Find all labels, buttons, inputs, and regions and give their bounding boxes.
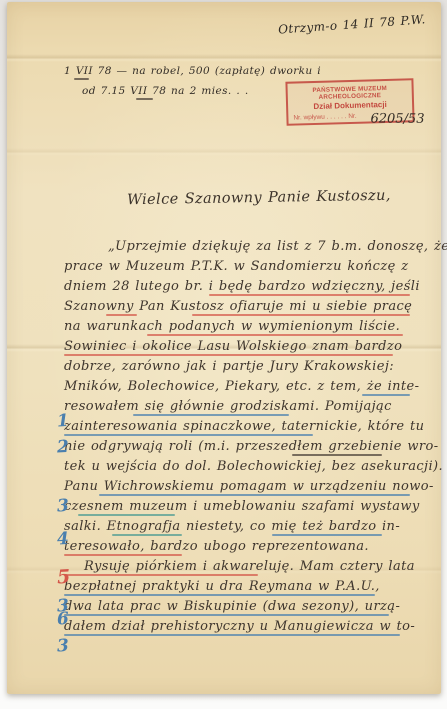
letter-line: Panu Wichrowskiemu pomagam w urządzeniu … <box>64 477 410 497</box>
letter-line: bezpłatnej praktyki u dra Reymana w P.A.… <box>64 577 410 597</box>
margin-number: 5 <box>56 565 77 588</box>
letter-line: 1 VII 78 — na robel, 500 (zapłatę) dwork… <box>64 61 254 81</box>
blue-underline-mark <box>64 614 389 616</box>
letter-line: czesnem muzeum i umeblowaniu szafami wys… <box>64 497 410 517</box>
blue-underline-mark <box>362 394 410 396</box>
red-underline-mark <box>106 314 137 317</box>
ink-underline-mark <box>74 78 89 80</box>
letter-line: Szanowny Pan Kustosz ofiaruje mi u siebi… <box>64 297 410 317</box>
letter-line: tek u wejścia do dol. Bolechowickiej, be… <box>64 457 410 477</box>
margin-number: 2 <box>56 436 77 457</box>
letter-line: dałem dział prehistoryczny u Manugiewicz… <box>64 617 410 637</box>
letter-line-text: tek u wejścia do dol. Bolechowickiej, be… <box>64 457 443 477</box>
letter-line: zainteresowania spinaczkowe, taternickie… <box>64 417 410 437</box>
letter-line: teresowało, bardzo ubogo reprezentowana. <box>64 537 410 557</box>
letter-line: Rysuję piórkiem i akwareluję. Mam cztery… <box>64 557 410 577</box>
blue-underline-mark <box>64 434 313 436</box>
letter-line: prace w Muzeum P.T.K. w Sandomierzu końc… <box>64 257 410 277</box>
blue-underline-mark <box>64 594 375 596</box>
letter-line: Mników, Bolechowice, Piekary, etc. z tem… <box>64 377 410 397</box>
red-underline-mark <box>64 554 182 557</box>
red-underline-mark <box>147 334 403 337</box>
margin-number: 4 <box>56 528 77 549</box>
red-underline-mark <box>209 294 410 297</box>
letter-line: dobrze, zarówno jak i partje Jury Krakow… <box>64 357 410 377</box>
stamp-inventory-number: 6205/53 <box>370 111 424 126</box>
ink-underline-mark <box>136 98 153 100</box>
letter-line: dniem 28 lutego br. i będę bardzo wdzięc… <box>64 277 410 297</box>
teal-underline-mark <box>112 534 181 536</box>
letter-line: dwa lata prac w Biskupinie (dwa sezony),… <box>64 597 410 617</box>
letter-line: „Uprzejmie dziękuję za list z 7 b.m. don… <box>64 237 410 257</box>
letter-line-text: dobrze, zarówno jak i partje Jury Krakow… <box>64 357 394 377</box>
letter-body: „Uprzejmie dziękuję za list z 7 b.m. don… <box>64 237 410 637</box>
blue-underline-mark <box>133 414 289 416</box>
red-underline-mark <box>192 314 410 317</box>
scan-background: Otrzym-o 14 II 78 P.W. 1 VII 78 — na rob… <box>0 0 447 709</box>
letter-line: resowałem się głównie grodziskami. Pomij… <box>64 397 410 417</box>
blue-underline-mark <box>272 534 383 536</box>
letter-line: na warunkach podanych w wymienionym liśc… <box>64 317 410 337</box>
letter-line-text: prace w Muzeum P.T.K. w Sandomierzu końc… <box>64 257 409 277</box>
teal-underline-mark <box>78 514 175 516</box>
letter-line: Sowiniec i okolice Lasu Wolskiego znam b… <box>64 337 410 357</box>
blue-underline-mark <box>99 494 410 496</box>
paper-crease <box>7 148 441 156</box>
letter-line-text: nie odgrywają roli (m.i. przeszedłem grz… <box>64 437 439 457</box>
margin-number: 6 <box>56 608 77 629</box>
blue-underline-mark <box>64 634 400 636</box>
museum-stamp: PAŃSTWOWE MUZEUM ARCHEOLOGICZNE Dział Do… <box>285 78 414 126</box>
margin-number: 3 <box>56 495 77 516</box>
margin-annotation: 1 VII 78 — na robel, 500 (zapłatę) dwork… <box>64 61 254 101</box>
letter-line: nie odgrywają roli (m.i. przeszedłem grz… <box>64 437 410 457</box>
margin-number: 1 <box>56 410 77 431</box>
letter-line-text: 1 VII 78 — na robel, 500 (zapłatę) dwork… <box>64 61 321 81</box>
red-underline-mark <box>64 354 393 357</box>
ink-underline-mark <box>292 454 382 456</box>
margin-number: 3 <box>56 635 77 656</box>
letter-line: salki. Etnografja niestety, co mię też b… <box>64 517 410 537</box>
letter-line-text: od 7.15 VII 78 na 2 mies. . . <box>82 81 249 101</box>
letter-line-text: „Uprzejmie dziękuję za list z 7 b.m. don… <box>108 237 447 257</box>
red-underline-mark <box>64 574 258 577</box>
letter-line: od 7.15 VII 78 na 2 mies. . . <box>64 81 254 101</box>
